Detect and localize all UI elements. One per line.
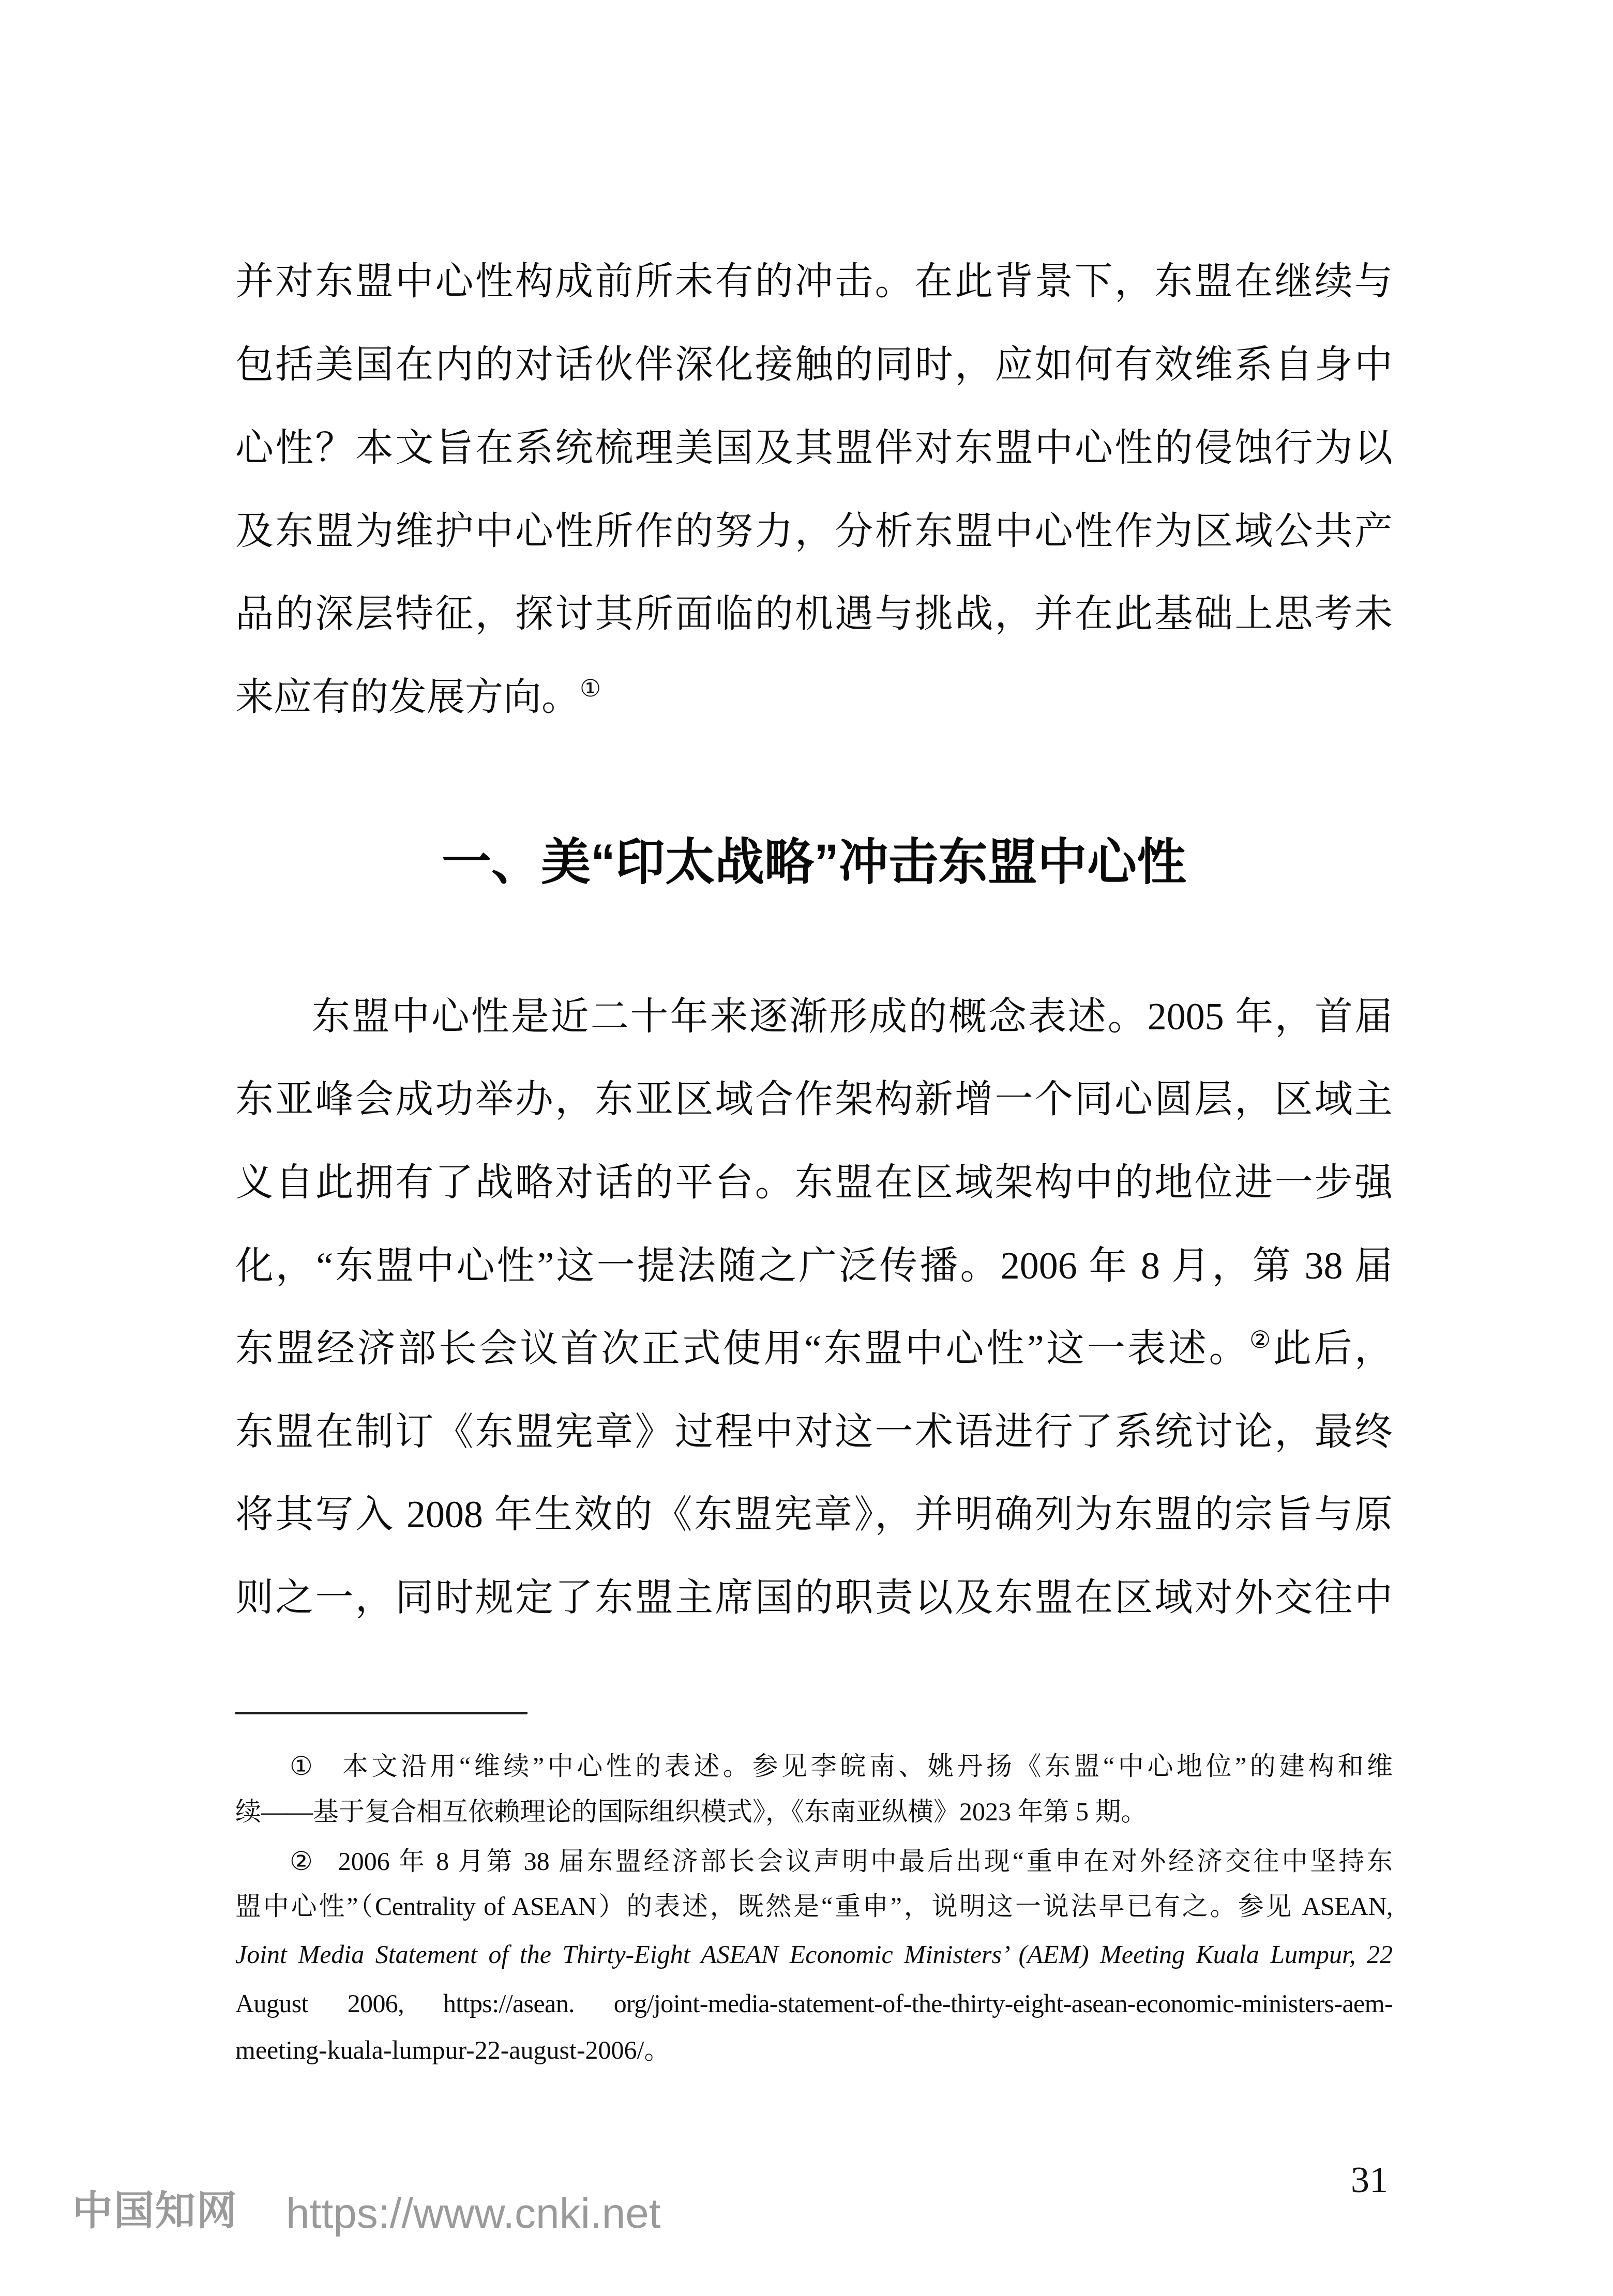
- footnote-text: 2006 年 8 月第 38 届东盟经济部长会议声明中最后出现“重申在对外经济交…: [338, 1847, 1393, 1876]
- footnote-line: ②2006 年 8 月第 38 届东盟经济部长会议声明中最后出现“重申在对外经济…: [235, 1846, 1393, 1879]
- paragraph-text: 东盟经济部长会议首次正式使用“东盟中心性”这一表述。: [235, 1328, 1249, 1370]
- section-heading: 一、美“印太战略”冲击东盟中心性: [235, 833, 1393, 891]
- paragraph-text: 来应有的发展方向。: [235, 676, 580, 719]
- footnote-line: Joint Media Statement of the Thirty-Eigh…: [235, 1939, 1393, 1972]
- paragraph-line: 并对东盟中心性构成前所未有的冲击。在此背景下，东盟在继续与: [235, 260, 1393, 305]
- paragraph-line: 将其写入 2008 年生效的《东盟宪章》，并明确列为东盟的宗旨与原: [235, 1493, 1393, 1538]
- footnote-line: 盟中心性”（Centrality of ASEAN）的表述，既然是“重申”，说明…: [235, 1891, 1393, 1924]
- footnote-ref-1: ①: [580, 676, 601, 702]
- footnote-marker-2: ②: [290, 1847, 315, 1876]
- document-page: 并对东盟中心性构成前所未有的冲击。在此背景下，东盟在继续与 包括美国在内的对话伙…: [0, 0, 1613, 2296]
- paragraph-line: 化，“东盟中心性”这一提法随之广泛传播。2006 年 8 月，第 38 届: [235, 1244, 1393, 1289]
- cnki-watermark-logo: 中国知网: [72, 2188, 238, 2233]
- footnote-line: 续——基于复合相互依赖理论的国际组织模式》，《东南亚纵横》2023 年第 5 期…: [235, 1796, 1393, 1829]
- footnote-line: meeting-kuala-lumpur-22-august-2006/。: [235, 2034, 1393, 2067]
- paragraph-text: 此后，: [1273, 1328, 1393, 1370]
- footnote-text: 本文沿用“维续”中心性的表述。参见李皖南、姚丹扬《东盟“中心地位”的建构和维: [339, 1752, 1393, 1781]
- paragraph-line: 东盟中心性是近二十年来逐渐形成的概念表述。2005 年，首届: [235, 995, 1393, 1040]
- footnote-line: August 2006, https://asean. org/joint-me…: [235, 1988, 1393, 2021]
- paragraph-line: 东盟在制订《东盟宪章》过程中对这一术语进行了系统讨论，最终: [235, 1410, 1393, 1455]
- footnote-marker-1: ①: [290, 1752, 316, 1781]
- cnki-watermark-url: https://www.cnki.net: [286, 2191, 661, 2237]
- paragraph-line: 东盟经济部长会议首次正式使用“东盟中心性”这一表述。②此后，: [235, 1327, 1393, 1372]
- paragraph-line: 义自此拥有了战略对话的平台。东盟在区域架构中的地位进一步强: [235, 1161, 1393, 1206]
- paragraph-line: 及东盟为维护中心性所作的努力，分析东盟中心性作为区域公共产: [235, 510, 1393, 554]
- paragraph-line: 心性？本文旨在系统梳理美国及其盟伴对东盟中心性的侵蚀行为以: [235, 427, 1393, 471]
- footnote-separator: [235, 1712, 527, 1714]
- page-number: 31: [1351, 2159, 1388, 2200]
- footnote-ref-2: ②: [1249, 1327, 1273, 1353]
- paragraph-line: 则之一，同时规定了东盟主席国的职责以及东盟在区域对外交往中: [235, 1576, 1393, 1621]
- paragraph-line: 来应有的发展方向。①: [235, 676, 1393, 720]
- paragraph-line: 包括美国在内的对话伙伴深化接触的同时，应如何有效维系自身中: [235, 343, 1393, 388]
- paragraph-line: 品的深层特征，探讨其所面临的机遇与挑战，并在此基础上思考未: [235, 592, 1393, 637]
- footnote-line: ①本文沿用“维续”中心性的表述。参见李皖南、姚丹扬《东盟“中心地位”的建构和维: [235, 1751, 1393, 1784]
- paragraph-line: 东亚峰会成功举办，东亚区域合作架构新增一个同心圆层，区域主: [235, 1078, 1393, 1122]
